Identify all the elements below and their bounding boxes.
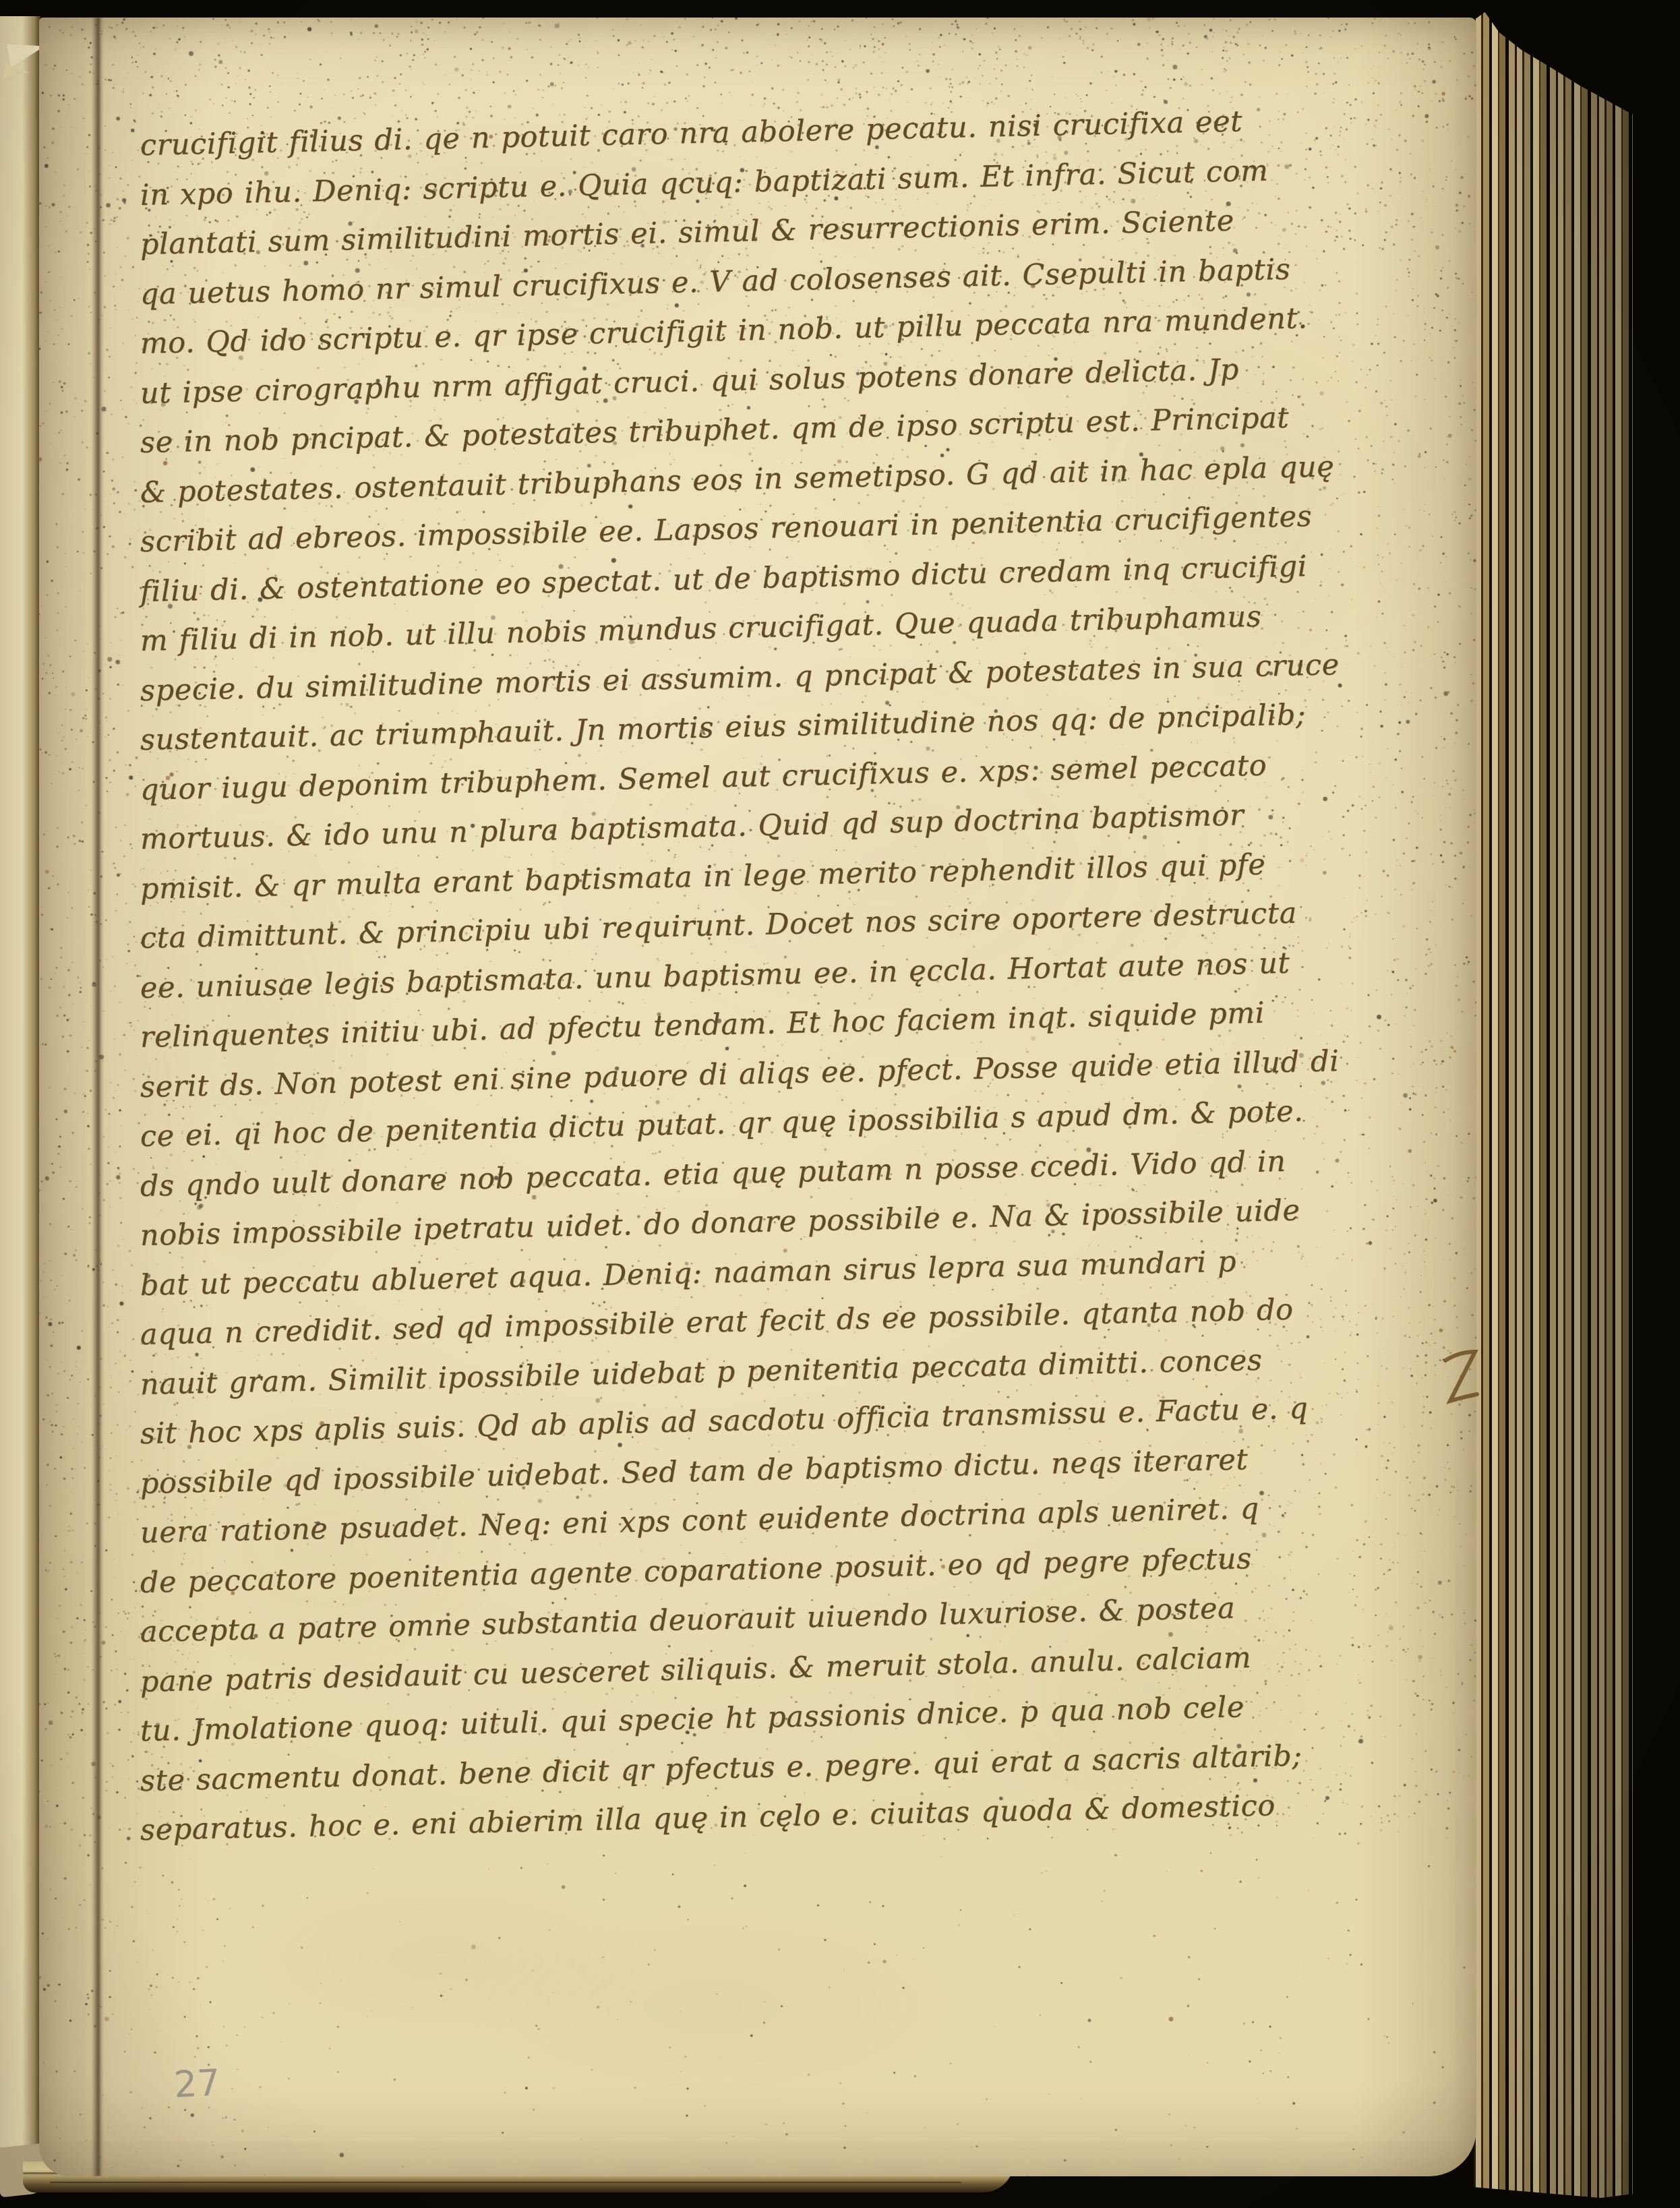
text-line: nauit gram. Similit ipossibile uidebat p… xyxy=(140,1343,1340,1401)
text-line: scribit ad ebreos. impossibile ee. Lapso… xyxy=(140,500,1340,558)
text-line: possibile qd ipossibile uidebat. Sed tam… xyxy=(140,1442,1340,1500)
text-line: uera ratione psuadet. Neq: eni xps cont … xyxy=(140,1491,1340,1549)
text-line: accepta a patre omne substantia deuoraui… xyxy=(140,1590,1340,1648)
folio-number: 27 xyxy=(173,2064,221,2103)
text-line: specie. du similitudine mortis ei assumi… xyxy=(140,649,1340,707)
text-line: & potestates. ostentauit tribuphans eos … xyxy=(140,451,1340,509)
text-line: qa uetus homo nr simul crucifixus e. V a… xyxy=(140,253,1340,311)
text-line: ds qndo uult donare nob peccata. etia qu… xyxy=(140,1145,1340,1203)
manuscript-page: crucifigit filius di. qe n potuit caro n… xyxy=(39,18,1476,2176)
text-line: ee. uniusae legis baptismata. unu baptis… xyxy=(140,947,1340,1005)
text-line: separatus. hoc e. eni abierim illa quę i… xyxy=(140,1789,1340,1847)
text-line: ce ei. qi hoc de penitentia dictu putat.… xyxy=(140,1095,1340,1153)
text-line: ste sacmentu donat. bene dicit qr pfectu… xyxy=(140,1739,1340,1797)
text-line: filiu di. & ostentatione eo spectat. ut … xyxy=(140,550,1340,608)
text-line: quor iugu deponim tribuphem. Semel aut c… xyxy=(140,748,1340,806)
text-line: plantati sum similitudini mortis ei. sim… xyxy=(140,203,1340,261)
text-line: de peccatore poenitentia agente coparati… xyxy=(140,1541,1340,1599)
text-line: mo. Qd ido scriptu e. qr ipse crucifigit… xyxy=(140,302,1340,360)
text-line: pane patris desidauit cu uesceret siliqu… xyxy=(140,1640,1340,1698)
text-line: crucifigit filius di. qe n potuit caro n… xyxy=(140,104,1340,162)
text-line: sustentauit. ac triumphauit. Jn mortis e… xyxy=(140,698,1340,756)
text-block: crucifigit filius di. qe n potuit caro n… xyxy=(39,18,1476,2176)
text-line: relinquentes initiu ubi. ad pfectu tenda… xyxy=(140,996,1340,1054)
text-line: se in nob pncipat. & potestates tribuphe… xyxy=(140,401,1340,459)
text-line: tu. Jmolatione quoq: uituli. qui specie … xyxy=(140,1690,1340,1748)
text-line: serit ds. Non potest eni sine pauore di … xyxy=(140,1046,1340,1104)
page-stack-fore-edge xyxy=(1474,12,1633,2199)
facing-page-edge xyxy=(0,16,40,2186)
text-line: bat ut peccatu ablueret aqua. Deniq: naa… xyxy=(140,1244,1340,1302)
text-line: aqua n credidit. sed qd impossibile erat… xyxy=(140,1293,1340,1351)
text-line: nobis impossibile ipetratu uidet. do don… xyxy=(140,1194,1340,1252)
margin-mark-icon xyxy=(1441,1347,1482,1414)
text-line: cta dimittunt. & principiu ubi requirunt… xyxy=(140,897,1340,955)
text-line: sit hoc xps aplis suis. Qd ab aplis ad s… xyxy=(140,1392,1340,1450)
text-line: ut ipse cirographu nrm affigat cruci. qu… xyxy=(140,352,1340,410)
text-line: pmisit. & qr multa erant baptismata in l… xyxy=(140,847,1340,905)
text-line: m filiu di in nob. ut illu nobis mundus … xyxy=(140,599,1340,657)
manuscript-photo: crucifigit filius di. qe n potuit caro n… xyxy=(0,0,1680,2208)
text-line: in xpo ihu. Deniq: scriptu e. Quia qcuq:… xyxy=(140,154,1340,212)
text-line: mortuus. & ido unu n plura baptismata. Q… xyxy=(140,798,1340,856)
